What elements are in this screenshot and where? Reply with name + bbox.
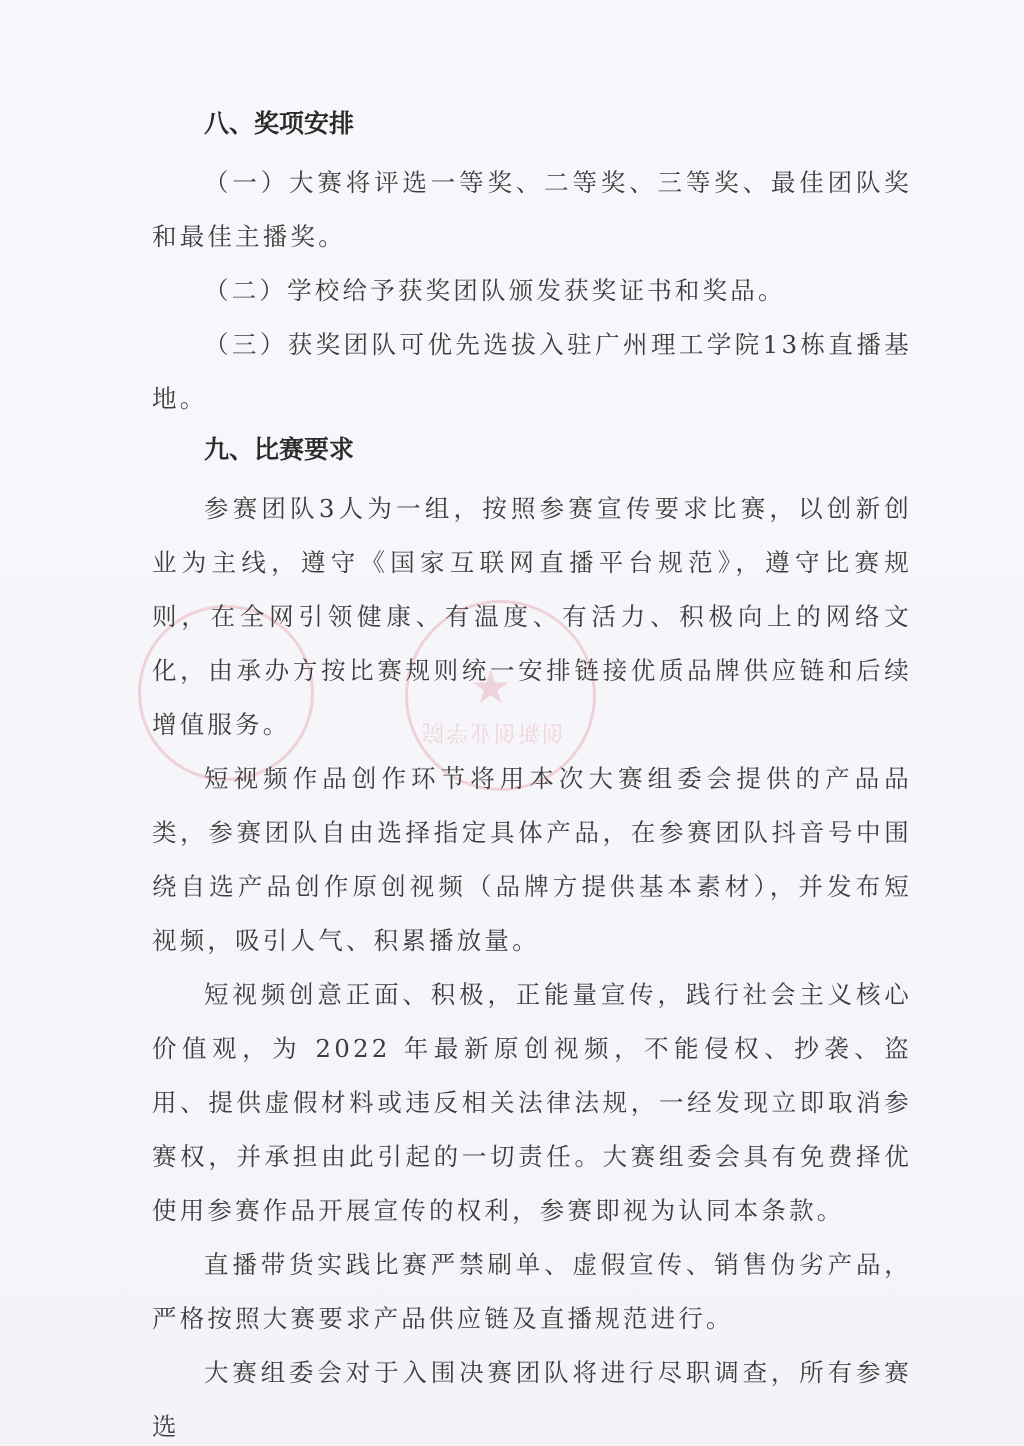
awards-item-2: （二）学校给予获奖团队颁发获奖证书和奖品。 (152, 264, 912, 318)
section-heading-requirements: 九、比赛要求 (152, 426, 912, 482)
document-body: 八、奖项安排 （一）大赛将评选一等奖、二等奖、三等奖、最佳团队奖和最佳主播奖。 … (152, 100, 912, 1446)
document-page: ★ 创新创业学院 八、奖项安排 （一）大赛将评选一等奖、二等奖、三等奖、最佳团队… (0, 0, 1024, 1446)
requirements-paragraph-3: 短视频创意正面、积极，正能量宣传，践行社会主义核心价值观，为 2022 年最新原… (152, 968, 912, 1238)
requirements-paragraph-5: 大赛组委会对于入围决赛团队将进行尽职调查，所有参赛选 (152, 1346, 912, 1446)
awards-item-1: （一）大赛将评选一等奖、二等奖、三等奖、最佳团队奖和最佳主播奖。 (152, 156, 912, 264)
section-heading-awards: 八、奖项安排 (152, 100, 912, 156)
awards-item-3: （三）获奖团队可优先选拔入驻广州理工学院13栋直播基地。 (152, 318, 912, 426)
requirements-paragraph-4: 直播带货实践比赛严禁刷单、虚假宣传、销售伪劣产品，严格按照大赛要求产品供应链及直… (152, 1238, 912, 1346)
requirements-paragraph-2: 短视频作品创作环节将用本次大赛组委会提供的产品品类，参赛团队自由选择指定具体产品… (152, 752, 912, 968)
requirements-paragraph-1: 参赛团队3人为一组，按照参赛宣传要求比赛，以创新创业为主线，遵守《国家互联网直播… (152, 482, 912, 752)
